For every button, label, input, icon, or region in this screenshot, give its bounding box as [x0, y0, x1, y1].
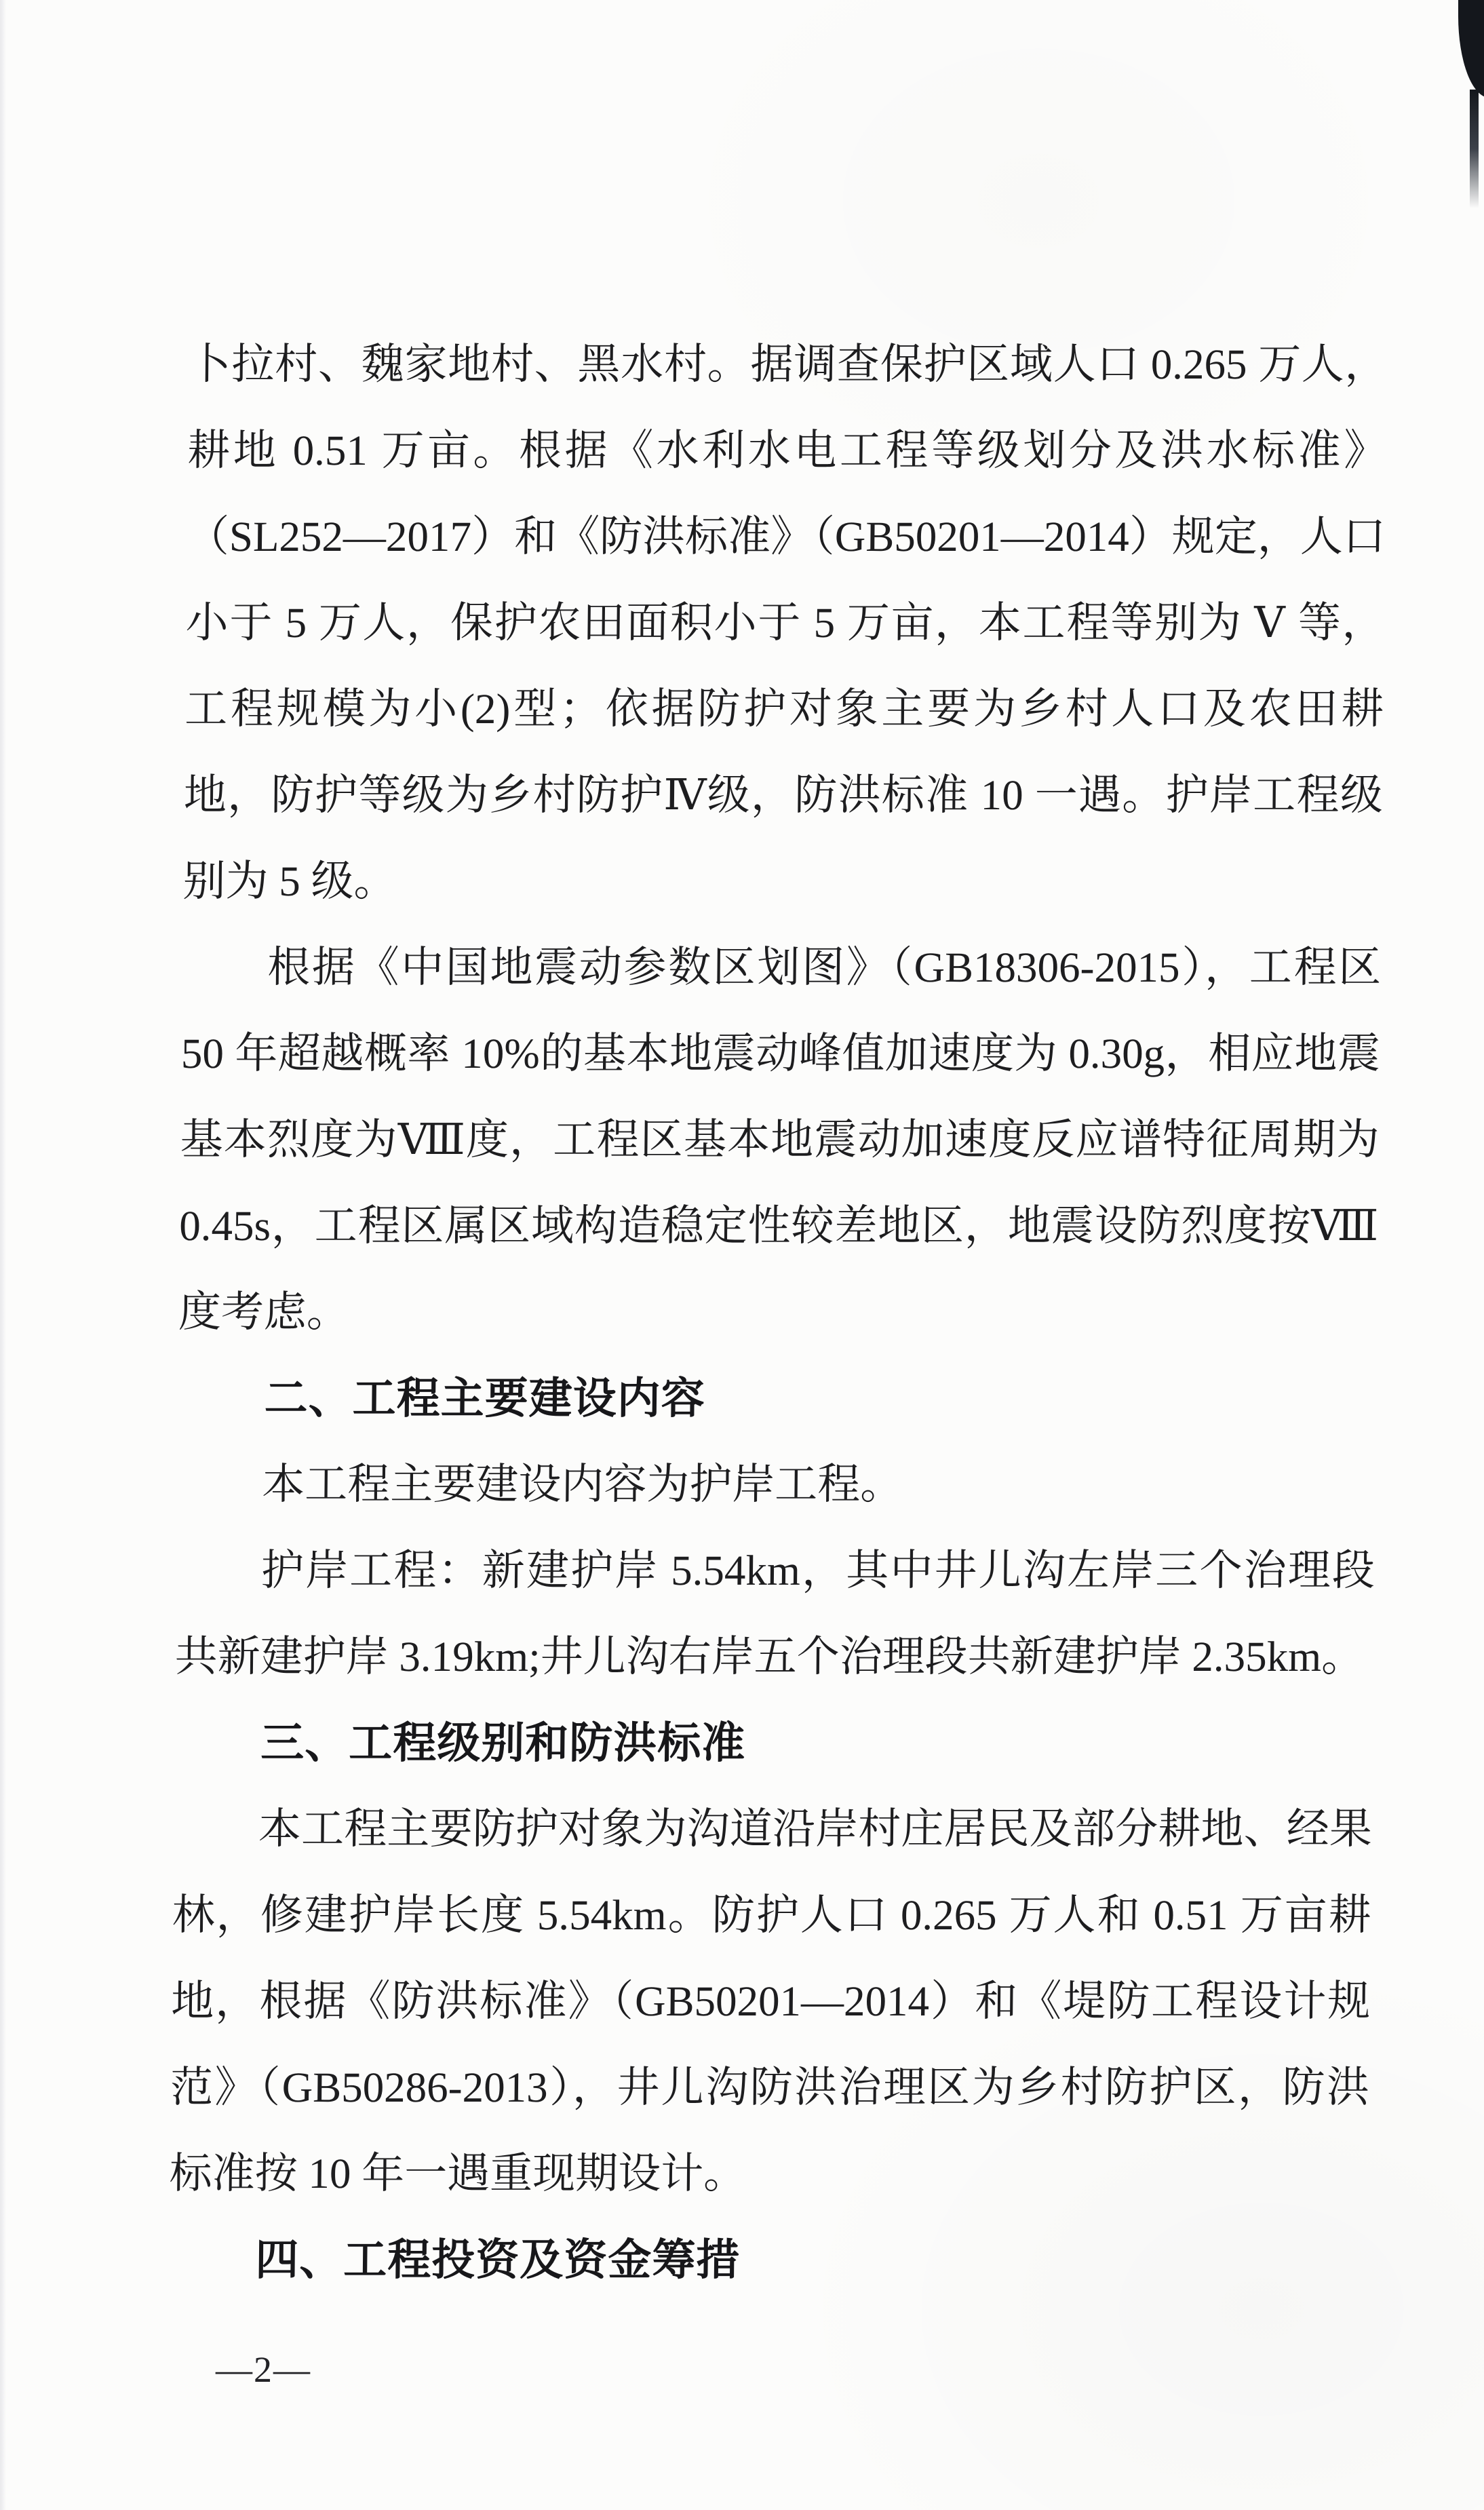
- page-number: —2—: [216, 2349, 311, 2391]
- section-heading-2-construction-content: 二、工程主要建设内容: [177, 1355, 1377, 1442]
- paragraph-revetment-works: 护岸工程：新建护岸 5.54km，其中井儿沟左岸三个治理段共新建护岸 3.19k…: [174, 1528, 1375, 1700]
- paragraph-continuation: 卜拉村、魏家地村、黑水村。据调查保护区域人口 0.265 万人，耕地 0.51 …: [182, 322, 1388, 925]
- section-heading-4-investment-funding: 四、工程投资及资金筹措: [168, 2217, 1368, 2303]
- paper-edge-shadow: [0, 0, 6, 2510]
- scanned-document-page: 卜拉村、魏家地村、黑水村。据调查保护区域人口 0.265 万人，耕地 0.51 …: [0, 0, 1484, 2510]
- paragraph-protection-objects: 本工程主要防护对象为沟道沿岸村庄居民及部分耕地、经果林，修建护岸长度 5.54k…: [169, 1786, 1373, 2217]
- paragraph-seismic-parameters: 根据《中国地震动参数区划图》（GB18306-2015），工程区 50 年超越概…: [178, 925, 1382, 1355]
- section-heading-3-grade-flood-standard: 三、工程级别和防洪标准: [174, 1700, 1373, 1786]
- document-body: 卜拉村、魏家地村、黑水村。据调查保护区域人口 0.265 万人，耕地 0.51 …: [168, 322, 1388, 2303]
- paragraph-construction-content: 本工程主要建设内容为护岸工程。: [176, 1442, 1376, 1528]
